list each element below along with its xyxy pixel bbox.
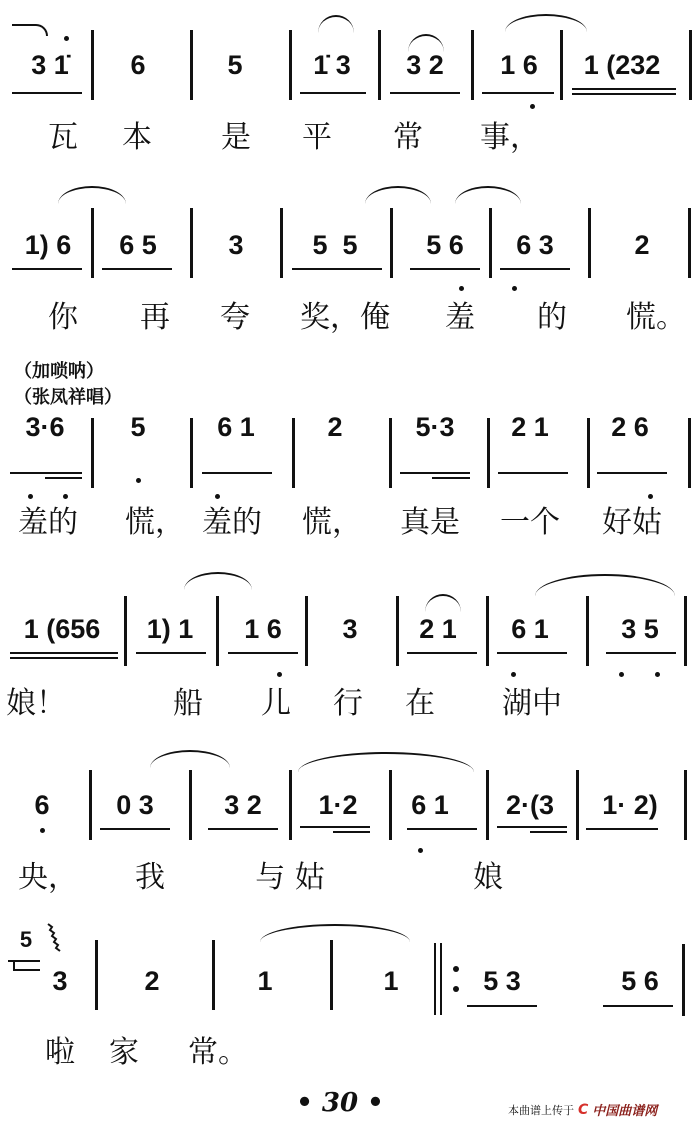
note-group: 1̇ 3: [313, 50, 351, 80]
barline: [330, 940, 333, 1010]
lyric: 与 姑: [255, 860, 325, 896]
low-octave-dot: [277, 672, 282, 677]
lyric: 羞的: [18, 505, 78, 541]
lyric: 娘: [473, 860, 503, 896]
barline: [389, 418, 392, 488]
site-logo-icon: C: [578, 1102, 588, 1118]
lyric: 慌。: [626, 300, 686, 336]
barline: [688, 418, 691, 488]
slur-icon: [425, 594, 461, 612]
underline: [603, 1005, 673, 1007]
underline: [597, 472, 667, 474]
note-group: 6: [34, 790, 49, 820]
note-group: 6 5: [119, 230, 157, 260]
site-name-link[interactable]: 中国曲谱网: [592, 1100, 657, 1119]
note-group: 1) 6: [25, 230, 72, 260]
instrument-annotation: （加唢呐）: [14, 360, 104, 384]
barline: [189, 770, 192, 840]
note-group: 2 1: [419, 614, 457, 644]
barline: [124, 596, 127, 666]
underline: [410, 268, 480, 270]
slur-icon: [505, 14, 587, 32]
lyric: 我: [135, 860, 165, 896]
slur-icon: [535, 574, 675, 596]
slur-icon: [298, 752, 474, 772]
note-group: 3: [228, 230, 243, 260]
note-group: 5·3: [415, 412, 454, 442]
note-group: 6 1: [217, 412, 255, 442]
note-group: 6: [130, 50, 145, 80]
underline: [390, 92, 460, 94]
barline: [487, 418, 490, 488]
note-group: 3·6: [25, 412, 64, 442]
low-octave-dot: [655, 672, 660, 677]
barline: [689, 30, 692, 100]
barline: [216, 596, 219, 666]
note-group: 3 2: [224, 790, 262, 820]
underline: [292, 268, 382, 270]
lyric: 家: [109, 1035, 139, 1071]
barline: [688, 208, 691, 278]
lyric: 真是: [400, 505, 460, 541]
lyric: 瓦: [48, 120, 78, 156]
barline: [305, 596, 308, 666]
underline: [467, 1005, 537, 1007]
underline: [228, 652, 298, 654]
underline: [572, 93, 676, 95]
lyric: 你: [48, 300, 78, 336]
lyric: 啦: [45, 1035, 75, 1071]
high-octave-dot: [64, 36, 69, 41]
barline: [586, 596, 589, 666]
lyric: 央，: [18, 860, 78, 896]
underline: [300, 826, 370, 828]
trill-icon: [46, 922, 76, 956]
note-group: 2: [144, 966, 159, 996]
barline: [684, 596, 687, 666]
barline: [212, 940, 215, 1010]
lyric: 平: [302, 120, 332, 156]
low-octave-dot: [619, 672, 624, 677]
underline: [10, 652, 118, 654]
barline: [91, 418, 94, 488]
underline: [572, 88, 676, 90]
note-group: 2: [327, 412, 342, 442]
note-group: 1 (232: [584, 50, 661, 80]
note-group: 2 6: [611, 412, 649, 442]
slur-icon: [318, 15, 354, 33]
double-barline: [434, 943, 436, 1015]
low-octave-dot: [28, 494, 33, 499]
underline: [606, 652, 676, 654]
low-octave-dot: [40, 828, 45, 833]
note-group: 0 3: [116, 790, 154, 820]
lyric: 羞的: [202, 505, 262, 541]
note-group: 1· 2): [602, 790, 658, 820]
barline: [280, 208, 283, 278]
slur-icon: [365, 186, 431, 204]
note-group: 1 (656: [24, 614, 101, 644]
barline: [560, 30, 563, 100]
note-group: 2: [634, 230, 649, 260]
underline: [500, 268, 570, 270]
note-group: 5: [227, 50, 242, 80]
barline: [489, 208, 492, 278]
barline: [91, 30, 94, 100]
slur-icon: [150, 750, 230, 768]
note-group: 2 1: [511, 412, 549, 442]
low-octave-dot: [512, 286, 517, 291]
barline: [190, 208, 193, 278]
barline: [95, 940, 98, 1010]
note-group: 1·2: [318, 790, 357, 820]
lyric: 在: [405, 686, 435, 722]
barline: [289, 30, 292, 100]
underline: [102, 268, 172, 270]
note-group: 3 2: [406, 50, 444, 80]
lyric: 湖中: [502, 686, 562, 722]
low-octave-dot: [63, 494, 68, 499]
barline: [576, 770, 579, 840]
underline: [407, 828, 477, 830]
note-group: 1 6: [500, 50, 538, 80]
barline: [390, 208, 393, 278]
barline: [292, 418, 295, 488]
underline: [10, 472, 82, 474]
underline: [12, 92, 82, 94]
underline: [300, 92, 366, 94]
barline: [190, 418, 193, 488]
watermark-text: 本曲谱上传于: [508, 1102, 574, 1118]
barline: [486, 770, 489, 840]
lyric: 奖，俺: [300, 300, 390, 336]
note-group: 5 5: [312, 230, 357, 260]
note-group: 1: [383, 966, 398, 996]
underline: [530, 831, 567, 833]
underline: [45, 477, 82, 479]
lyric: 船: [173, 686, 203, 722]
note-group: 6 3: [516, 230, 554, 260]
lyric: 是: [221, 120, 251, 156]
lyric: 再: [140, 300, 170, 336]
slur-icon: [455, 186, 521, 204]
barline: [588, 208, 591, 278]
low-octave-dot: [418, 848, 423, 853]
slur-icon: [184, 572, 252, 590]
singer-annotation: （张凤祥唱）: [14, 386, 122, 410]
low-octave-dot: [215, 494, 220, 499]
note-group: 6 1: [511, 614, 549, 644]
note-group: 5 6: [426, 230, 464, 260]
lyric: 羞: [445, 300, 475, 336]
underline: [498, 472, 568, 474]
repeat-dot: [453, 986, 459, 992]
underline: [136, 652, 206, 654]
note-group: 3 1̇: [31, 50, 69, 80]
lyric: 常: [393, 120, 423, 156]
lyric: 的: [537, 300, 567, 336]
lyric: 行: [333, 686, 363, 722]
barline: [289, 770, 292, 840]
note-group: 1) 1: [147, 614, 194, 644]
barline: [471, 30, 474, 100]
lyric: 夸: [220, 300, 250, 336]
slur-icon: [260, 924, 410, 942]
low-octave-dot: [648, 494, 653, 499]
underline: [12, 268, 82, 270]
lyric: 一个: [500, 505, 560, 541]
lyric: 儿: [261, 686, 291, 722]
page-number: • 30 •: [296, 1088, 384, 1118]
note-group: 1: [257, 966, 272, 996]
barline: [587, 418, 590, 488]
note-group: 1 6: [244, 614, 282, 644]
slur-icon: [12, 24, 48, 36]
note-group: 3 5: [621, 614, 659, 644]
note-group: 5 6: [621, 966, 659, 996]
barline: [89, 770, 92, 840]
underline: [497, 826, 567, 828]
lyric: 慌，: [302, 505, 362, 541]
underline: [482, 92, 554, 94]
lyric: 娘！: [6, 686, 66, 722]
note-group: 5 3: [483, 966, 521, 996]
grace-note: 5: [20, 925, 32, 955]
underline: [407, 652, 477, 654]
barline: [91, 208, 94, 278]
underline: [202, 472, 272, 474]
lyric: 事，: [480, 120, 540, 156]
note-group: 2·(3: [506, 790, 554, 820]
double-barline: [440, 943, 442, 1015]
watermark: 本曲谱上传于 C 中国曲谱网: [508, 1100, 657, 1119]
low-octave-dot: [459, 286, 464, 291]
underline: [432, 477, 470, 479]
underline: [586, 828, 658, 830]
underline: [333, 831, 370, 833]
note-group: 3: [52, 966, 67, 996]
underline: [10, 657, 118, 659]
underline: [497, 652, 567, 654]
low-octave-dot: [136, 478, 141, 483]
slur-icon: [58, 186, 126, 204]
underline: [100, 828, 170, 830]
barline: [684, 770, 687, 840]
grace-bracket-icon: [6, 958, 42, 974]
underline: [400, 472, 470, 474]
lyric: 好姑: [602, 505, 662, 541]
underline: [208, 828, 278, 830]
lyric: 本: [122, 120, 152, 156]
lyric: 常。: [188, 1035, 248, 1071]
lyric: 慌，: [125, 505, 185, 541]
barline: [486, 596, 489, 666]
low-octave-dot: [530, 104, 535, 109]
low-octave-dot: [511, 672, 516, 677]
note-group: 6 1: [411, 790, 449, 820]
barline: [389, 770, 392, 840]
repeat-dot: [453, 966, 459, 972]
barline: [190, 30, 193, 100]
note-group: 5: [130, 412, 145, 442]
barline: [378, 30, 381, 100]
barline: [396, 596, 399, 666]
note-group: 3: [342, 614, 357, 644]
barline: [682, 944, 685, 1016]
